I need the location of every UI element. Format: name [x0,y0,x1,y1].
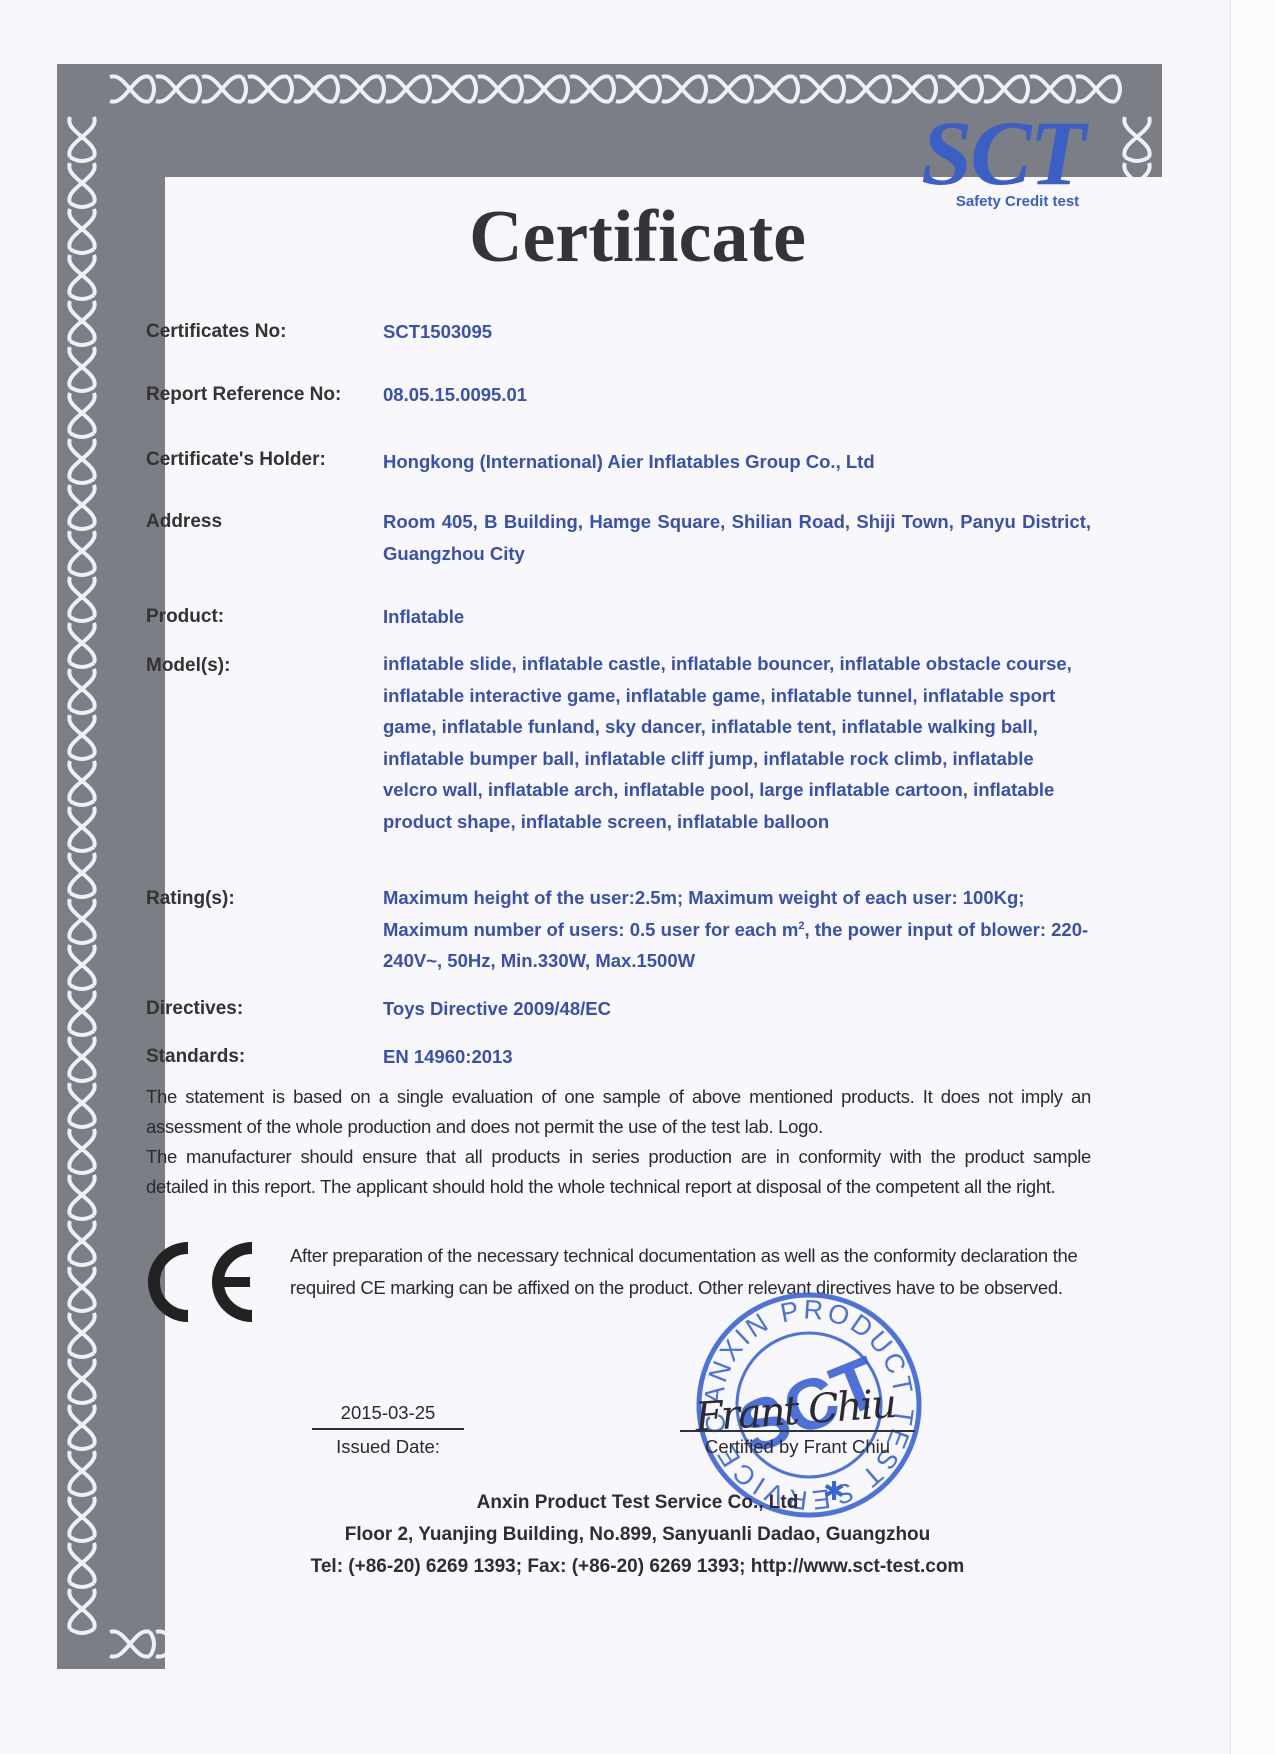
value-certificate-no: SCT1503095 [383,316,1103,348]
issued-date-line [312,1428,464,1430]
signature-line [680,1430,915,1432]
label-ratings: Rating(s): [146,888,235,910]
value-standards: EN 14960:2013 [383,1041,1103,1073]
value-ratings: Maximum height of the user:2.5m; Maximum… [383,882,1098,977]
footer-company: Anxin Product Test Service Co., Ltd [0,1492,1275,1514]
value-report-reference: 08.05.15.0095.01 [383,379,1103,411]
logo-brand: SCT [895,107,1110,199]
issued-date-label: Issued Date: [312,1436,464,1458]
certified-by-label: Certified by Frant Chiu [680,1436,915,1458]
footer-address: Floor 2, Yuanjing Building, No.899, Sany… [0,1524,1275,1546]
label-address: Address [146,511,222,533]
page-title: Certificate [0,195,1275,280]
value-address: Room 405, B Building, Hamge Square, Shil… [383,506,1091,569]
label-holder: Certificate's Holder: [146,449,326,471]
celtic-knot-border [57,64,1162,1669]
label-directives: Directives: [146,998,243,1020]
label-certificate-no: Certificates No: [146,321,286,343]
statement-paragraph-2: The manufacturer should ensure that all … [146,1142,1091,1201]
value-directives: Toys Directive 2009/48/EC [383,993,1103,1025]
issued-date-value: 2015-03-25 [312,1402,464,1424]
label-models: Model(s): [146,655,230,677]
label-product: Product: [146,606,224,628]
value-holder: Hongkong (International) Aier Inflatable… [383,446,1103,478]
ce-statement: After preparation of the necessary techn… [290,1240,1080,1303]
label-report-reference: Report Reference No: [146,384,341,406]
ce-mark-icon [140,1242,260,1322]
label-standards: Standards: [146,1046,245,1068]
footer-contact: Tel: (+86-20) 6269 1393; Fax: (+86-20) 6… [0,1556,1275,1578]
statement-paragraph-1: The statement is based on a single evalu… [146,1082,1091,1141]
value-models: inflatable slide, inflatable castle, inf… [383,648,1093,837]
value-product: Inflatable [383,601,1103,633]
